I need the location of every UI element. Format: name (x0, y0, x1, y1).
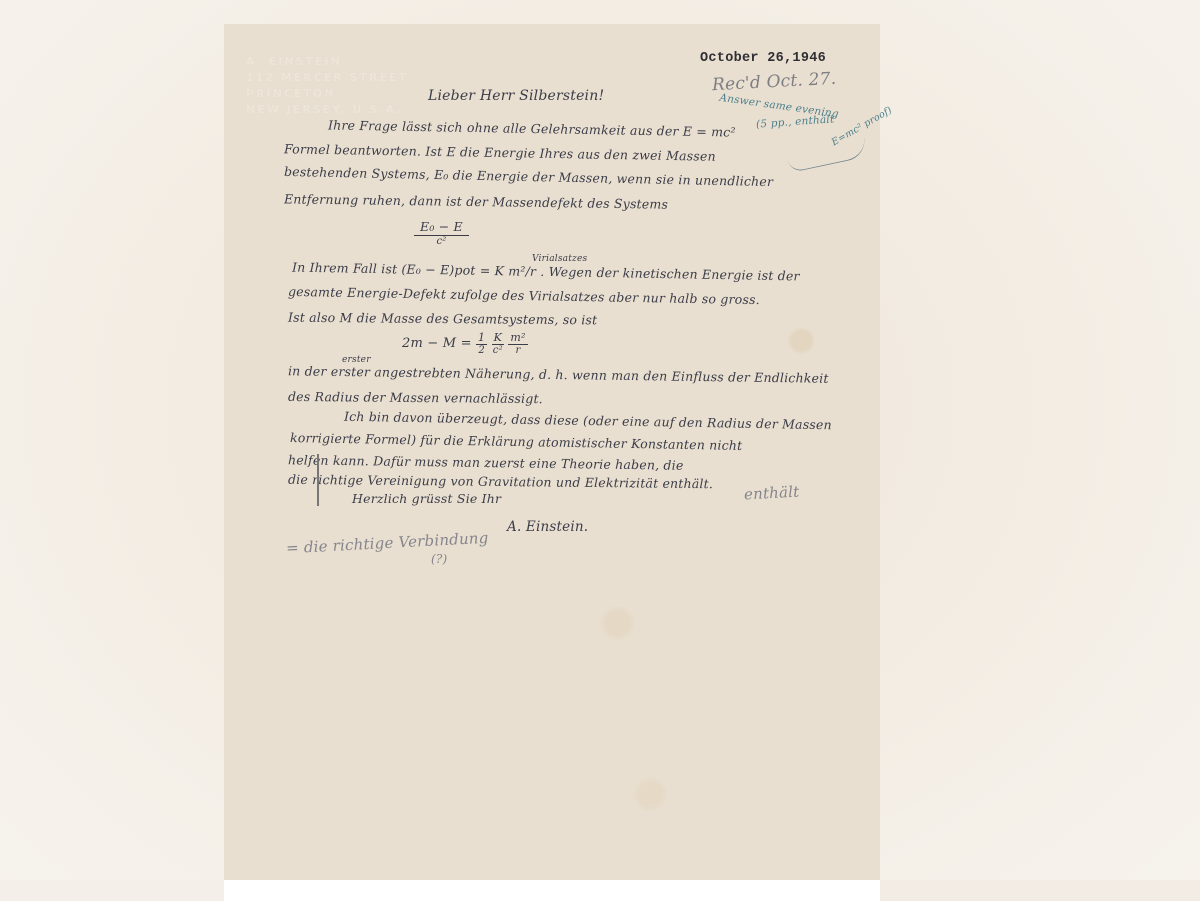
typed-date: October 26,1946 (700, 51, 826, 66)
paragraph1-line2: Formel beantworten. Ist E die Energie Ih… (284, 141, 716, 164)
margin-pencil-note: = die richtige Verbindung (286, 529, 489, 558)
paragraph4-line3: helfen kann. Dafür muss man zuerst eine … (288, 452, 684, 473)
letterhead-city: PRINCETON (246, 86, 408, 102)
page-bottom-edge (0, 880, 1200, 901)
paragraph2-line2: gesamte Energie-Defekt zufolge des Viria… (288, 284, 760, 307)
annotation-curve-mark (786, 136, 869, 173)
paragraph1-line3: bestehenden Systems, E₀ die Energie der … (284, 164, 773, 189)
paragraph4-line2: korrigierte Formel) für die Erklärung at… (290, 430, 743, 453)
coef-den: 2 (476, 345, 487, 356)
mass-defect-formula: E₀ − E c² (414, 219, 469, 247)
formula2-left: 2m − M = (402, 336, 472, 351)
formula2-coef: 1 2 (476, 331, 487, 356)
formula-numerator: E₀ − E (414, 219, 469, 236)
margin-pencil-line (317, 454, 319, 506)
r-den: r (508, 345, 527, 356)
received-annotation: Rec'd Oct. 27. (712, 69, 837, 95)
paragraph4-line4: die richtige Vereinigung von Gravitation… (288, 472, 713, 491)
paragraph3-line2: des Radius der Massen vernachlässigt. (288, 389, 543, 406)
embossed-letterhead: A. EINSTEIN 112 MERCER STREET PRINCETON … (246, 54, 408, 118)
closing: Herzlich grüsst Sie Ihr (352, 491, 501, 506)
letterhead-street: 112 MERCER STREET (246, 70, 408, 86)
formula2-m-over-r: m² r (508, 331, 527, 356)
enthaelt-pencil-note: enthält (744, 483, 800, 504)
answer-annotation-line2: (5 pp., enthält (756, 113, 835, 130)
virial-insert: Virialsatzes (532, 254, 587, 264)
m2-num: m² (508, 331, 527, 345)
formula2-k: K c² (492, 331, 504, 356)
paragraph4-line1: Ich bin davon überzeugt, dass diese (ode… (344, 409, 832, 433)
letterhead-name: A. EINSTEIN (246, 54, 408, 70)
k-num: K (492, 331, 504, 345)
paragraph1-line1: Ihre Frage lässt sich ohne alle Gelehrsa… (328, 117, 736, 139)
paragraph2-line1: In Ihrem Fall ist (E₀ − E)pot = K m²/r .… (292, 260, 800, 284)
formula-denominator: c² (414, 236, 469, 247)
salutation: Lieber Herr Silberstein! (428, 88, 604, 104)
k-den: c² (492, 345, 504, 356)
paragraph2-line3: Ist also M die Masse des Gesamtsystems, … (288, 310, 597, 328)
paragraph3-line1: in der erster angestrebten Näherung, d. … (288, 363, 829, 386)
binding-energy-formula: 2m − M = 1 2 K c² m² r (402, 331, 528, 356)
margin-question-mark: (?) (431, 552, 447, 566)
letter-paper: A. EINSTEIN 112 MERCER STREET PRINCETON … (224, 24, 880, 880)
coef-num: 1 (476, 331, 487, 345)
paragraph1-line4: Entfernung ruhen, dann ist der Massendef… (284, 191, 668, 211)
letterhead-state: NEW JERSEY, U.S.A. (246, 102, 408, 118)
signature: A. Einstein. (507, 519, 588, 535)
